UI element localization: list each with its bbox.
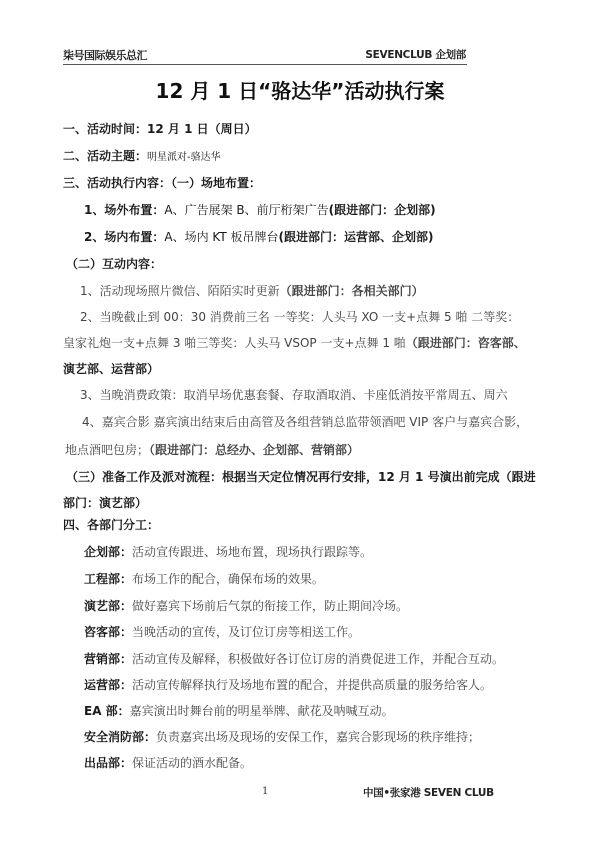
interaction-item-1: 1、活动现场照片微信、陌陌实时更新（跟进部门：各相关部门） <box>80 283 424 299</box>
department-name: 工程部： <box>84 572 132 586</box>
item-label: 1、场外布置： <box>84 203 164 217</box>
department-name: EA 部： <box>84 704 130 718</box>
interaction-item-4-line2: 地点酒吧包房；（跟进部门：总经办、企划部、营销部） <box>65 442 359 458</box>
department-duty: 活动宣传跟进、场地布置，现场执行跟踪等。 <box>132 545 372 559</box>
page-number: 1 <box>262 786 268 797</box>
department-duty: 布场工作的配合，确保布场的效果。 <box>132 572 324 586</box>
header-company-name: 柒号国际娱乐总汇 <box>63 47 147 63</box>
department-name: 企划部： <box>84 545 132 559</box>
header-department: SEVENCLUB 企划部 <box>365 47 466 62</box>
department-name: 出品部： <box>84 756 132 770</box>
footer-brand: 中国•张家港 SEVEN CLUB <box>363 785 494 800</box>
item-label: 2、场内布置： <box>84 230 164 244</box>
department-row: EA 部：嘉宾演出时舞台前的明星举牌、献花及呐喊互动。 <box>84 703 394 719</box>
subsection-preparation-line2: 部门：演艺部） <box>63 495 147 511</box>
interaction-item-2-line1: 2、当晚截止到 00：30 消费前三名 一等奖：人头马 XO 一支+点舞 5 啪… <box>80 309 519 325</box>
section-department-division: 四、各部门分工： <box>63 517 159 533</box>
department-name: 运营部： <box>84 678 132 692</box>
department-duty: 保证活动的酒水配备。 <box>132 756 252 770</box>
department-name: 咨客部： <box>84 625 132 639</box>
interaction-item-2-line2: 皇家礼炮一支+点舞 3 啪三等奖：人头马 VSOP 一支+点舞 1 啪（跟进部门… <box>63 335 526 351</box>
section-label: 二、活动主题： <box>63 149 147 163</box>
item-value: A、广告展架 B、前厅桁架广告 <box>164 203 328 217</box>
item-text: 皇家礼炮一支+点舞 3 啪三等奖：人头马 VSOP 一支+点舞 1 啪 <box>63 336 406 350</box>
department-row: 演艺部：做好嘉宾下场前后气氛的衔接工作，防止期间冷场。 <box>84 598 408 614</box>
department-duty: 嘉宾演出时舞台前的明星举牌、献花及呐喊互动。 <box>130 704 394 718</box>
department-duty: 负责嘉宾出场及现场的安保工作，嘉宾合影现场的秩序维持； <box>156 730 480 744</box>
department-row: 出品部：保证活动的酒水配备。 <box>84 755 252 771</box>
department-row: 营销部：活动宣传及解释，积极做好各订位订房的消费促进工作，并配合互动。 <box>84 651 504 667</box>
item-dept: （跟进部门：各相关部门） <box>280 284 424 298</box>
outdoor-layout: 1、场外布置：A、广告展架 B、前厅桁架广告(跟进部门：企划部) <box>84 202 436 218</box>
department-name: 演艺部： <box>84 599 132 613</box>
department-row: 企划部：活动宣传跟进、场地布置，现场执行跟踪等。 <box>84 544 372 560</box>
item-dept: (跟进部门：运营部、企划部) <box>278 230 433 244</box>
department-row: 安全消防部：负责嘉宾出场及现场的安保工作，嘉宾合影现场的秩序维持； <box>84 729 480 745</box>
activity-date: 12 月 1 日（周日） <box>147 122 257 136</box>
item-dept: (跟进部门：企划部) <box>329 203 436 217</box>
section-label: 一、活动时间： <box>63 122 147 136</box>
header-divider <box>63 64 467 65</box>
section-activity-time: 一、活动时间：12 月 1 日（周日） <box>63 121 257 137</box>
department-duty: 当晚活动的宣传，及订位订房等相送工作。 <box>132 625 360 639</box>
interaction-item-4-line1: 4、嘉宾合影 嘉宾演出结束后由高管及各组营销总监带领酒吧 VIP 客户与嘉宾合影… <box>82 414 528 430</box>
item-text: 1、活动现场照片微信、陌陌实时更新 <box>80 284 280 298</box>
subsection-preparation-line1: （三）准备工作及派对流程：根据当天定位情况再行安排，12 月 1 号演出前完成（… <box>66 469 536 485</box>
activity-theme: 明星派对-骆达华 <box>147 152 221 163</box>
item-value: A、场内 KT 板吊牌台 <box>164 230 278 244</box>
section-execution-content: 三、活动执行内容：（一）场地布置： <box>63 175 261 191</box>
item-text: 地点酒吧包房； <box>65 443 149 457</box>
department-name: 营销部： <box>84 652 132 666</box>
department-row: 咨客部：当晚活动的宣传，及订位订房等相送工作。 <box>84 624 360 640</box>
department-duty: 活动宣传及解释，积极做好各订位订房的消费促进工作，并配合互动。 <box>132 652 504 666</box>
page-title: 12 月 1 日“骆达华”活动执行案 <box>0 75 600 104</box>
item-dept: （跟进部门：咨客部、 <box>406 336 526 350</box>
indoor-layout: 2、场内布置：A、场内 KT 板吊牌台(跟进部门：运营部、企划部) <box>84 229 433 245</box>
section-activity-theme: 二、活动主题：明星派对-骆达华 <box>63 148 221 166</box>
department-row: 工程部：布场工作的配合，确保布场的效果。 <box>84 571 324 587</box>
interaction-item-3: 3、当晚消费政策：取消早场优惠套餐、存取酒取消、卡座低消按平常周五、周六 <box>80 387 508 403</box>
department-duty: 做好嘉宾下场前后气氛的衔接工作，防止期间冷场。 <box>132 599 408 613</box>
department-row: 运营部：活动宣传解释执行及场地布置的配合，并提供高质量的服务给客人。 <box>84 677 492 693</box>
department-name: 安全消防部： <box>84 730 156 744</box>
interaction-item-2-line3: 演艺部、运营部） <box>63 361 159 377</box>
subsection-interaction: （二）互动内容： <box>66 256 162 272</box>
department-duty: 活动宣传解释执行及场地布置的配合，并提供高质量的服务给客人。 <box>132 678 492 692</box>
item-dept: （跟进部门：总经办、企划部、营销部） <box>149 443 359 457</box>
